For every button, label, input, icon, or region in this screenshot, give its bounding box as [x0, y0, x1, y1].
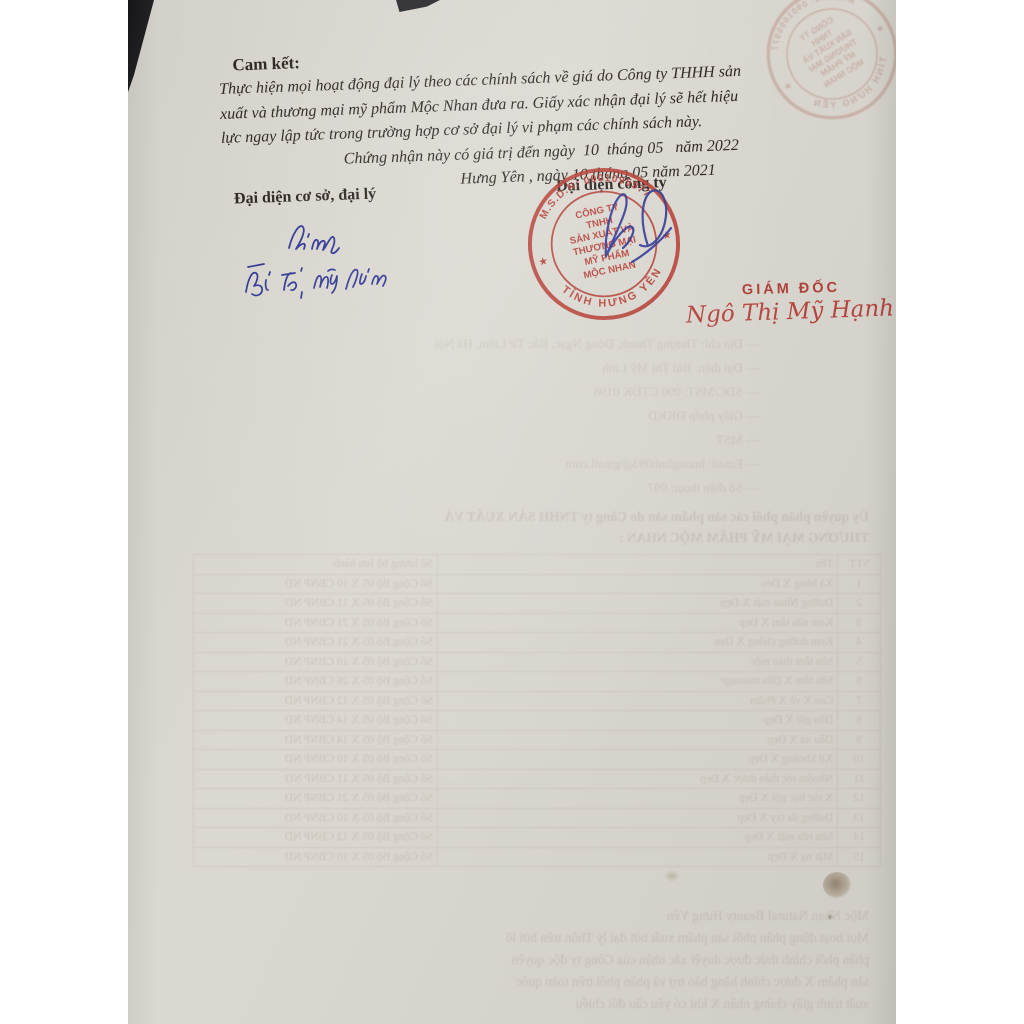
- bleed-table-cell: Sữa tắm X Dầu massage: [437, 672, 837, 692]
- bleed-intro-lines: Ủy quyền phân phối các sản phẩm sản do C…: [183, 506, 869, 548]
- bleed-table-cell: Nhuộm tóc thảo dược X Đẹp: [437, 769, 837, 789]
- bleed-intro-line: THƯƠNG MẠI MỸ PHẨM MỘC NHAN :: [183, 527, 869, 548]
- bleed-table-cell: 1: [838, 574, 881, 594]
- bleed-table-row: 14Sữa rửa mặt X ĐẹpSố Cộng Bộ 05 X 12 CB…: [194, 828, 881, 848]
- bleed-table: STTTênSố lượng bộ lưu hành1Xà bông X Dẻo…: [193, 554, 881, 867]
- backdrop-corner-top-left: [128, 0, 158, 96]
- director-signature: [576, 178, 701, 283]
- bleed-contact-line: — MST: [183, 428, 759, 452]
- bleed-table-cell: 3: [838, 613, 881, 633]
- bleed-table-cell: 10: [838, 750, 881, 770]
- bleed-table-cell: 6: [838, 672, 881, 692]
- bleed-contact-line: — Địa chỉ: Thượng Thanh, Đông Ngạc, Bắc …: [183, 332, 759, 356]
- bleed-table-cell: Số Cộng Bộ 05 X 21 CBNP ND: [194, 633, 438, 653]
- left-signatory-title: Đại diện cơ sở, đại lý: [234, 186, 377, 209]
- bleed-table-row: 10Xịt khoáng X ĐẹpSố Cộng Bộ 05 X 10 CBN…: [194, 750, 881, 770]
- bleed-bottom-line: xuất trình giấy chứng nhận X khi có yêu …: [183, 993, 869, 1015]
- document-photo: Cam kết: Thực hiện mọi hoạt động đại lý …: [128, 0, 896, 1024]
- bleed-table-cell: Dầu xả X Đẹp: [437, 730, 837, 750]
- director-name: Ngô Thị Mỹ Hạnh: [680, 295, 896, 329]
- bleed-table-cell: Số Cộng Bộ 05 X 10 CBNP ND: [194, 574, 438, 594]
- bleed-table-cell: 11: [838, 769, 881, 789]
- bleed-table-cell: Sữa rửa mặt X Đẹp: [437, 828, 837, 848]
- bleed-table-cell: Số Cộng Bộ 05 X 11 CBNP ND: [194, 769, 438, 789]
- bleed-table-cell: Số Cộng Bộ 05 X 12 CBNP ND: [194, 691, 438, 711]
- bleed-table-cell: 2: [838, 594, 881, 614]
- bleed-intro-line: Ủy quyền phân phối các sản phẩm sản do C…: [183, 506, 869, 527]
- bleed-table-row: 4Kem dưỡng chống X DạnSố Cộng Bộ 05 X 21…: [194, 633, 881, 653]
- bleed-table-row: 6Sữa tắm X Dầu massageSố Cộng Bộ 05 X 26…: [194, 672, 881, 692]
- stamp-star-left: ★: [537, 255, 549, 269]
- bleed-table-cell: Mặt nạ X Đẹp: [437, 847, 837, 867]
- bleed-table-cell: 5: [838, 652, 881, 672]
- bleed-table-cell: 4: [838, 633, 881, 653]
- bleed-table-row: 11Nhuộm tóc thảo dược X ĐẹpSố Cộng Bộ 05…: [194, 769, 881, 789]
- bleed-table-cell: Sữa tắm thảo mộc: [437, 652, 837, 672]
- bleed-table-cell: X tóc bạc gội X Đẹp: [437, 789, 837, 809]
- bleed-table-cell: Dưỡng Nhan mật X Đẹp: [437, 594, 837, 614]
- bleed-table-cell: 8: [838, 711, 881, 731]
- director-title: GIÁM ĐỐC: [716, 279, 866, 299]
- screenshot-frame: Cam kết: Thực hiện mọi hoạt động đại lý …: [0, 0, 1024, 1024]
- bleed-table-cell: 12: [838, 789, 881, 809]
- bleed-table-cell: 14: [838, 828, 881, 848]
- backdrop-notch-top-center: [396, 0, 440, 12]
- bleed-through-content: — Địa chỉ: Thượng Thanh, Đông Ngạc, Bắc …: [183, 332, 889, 1015]
- bleed-table-cell: STT: [838, 555, 881, 575]
- bleed-table-cell: Dầu gội X Đẹp: [437, 711, 837, 731]
- bleed-table-cell: 9: [838, 730, 881, 750]
- bleed-table-cell: Kem dưỡng chống X Dạn: [437, 633, 837, 653]
- bleed-table-row: 7Cao X về X PhẩmSố Cộng Bộ 05 X 12 CBNP …: [194, 691, 881, 711]
- bleed-table-cell: Số Cộng Bộ 05 X 12 CBNP ND: [194, 828, 438, 848]
- bleed-table-cell: Số Cộng Bộ 05 X 10 CBNP ND: [194, 808, 438, 828]
- bleed-table-row: 5Sữa tắm thảo mộcSố Cộng Bộ 05 X 10 CBNP…: [194, 652, 881, 672]
- bleed-table-cell: Số lượng bộ lưu hành: [194, 555, 438, 575]
- bleed-table-cell: 13: [838, 808, 881, 828]
- bleed-table-row: 13Dưỡng da tay X ĐẹpSố Cộng Bộ 05 X 10 C…: [194, 808, 881, 828]
- bleed-table-cell: Dưỡng da tay X Đẹp: [437, 808, 837, 828]
- bleed-bottom-line: Mọi hoạt động phân phối sản phẩm xuất bở…: [183, 927, 869, 949]
- handwritten-signature-full: [238, 256, 390, 304]
- bleed-table-cell: Số Cộng Bộ 05 X 21 CBNP ND: [194, 789, 438, 809]
- bleed-table-cell: Cao X về X Phẩm: [437, 691, 837, 711]
- bleed-table-cell: Số Cộng Bộ 05 X 26 CBNP ND: [194, 672, 438, 692]
- bleed-table-cell: Số Cộng Bộ 05 X 11 CBNP ND: [194, 594, 438, 614]
- bleed-table-row: 2Dưỡng Nhan mật X ĐẹpSố Cộng Bộ 05 X 11 …: [194, 594, 881, 614]
- bleed-table-cell: Số Cộng Bộ 05 X 14 CBNP ND: [194, 730, 438, 750]
- bleed-table-cell: 15: [838, 847, 881, 867]
- bleed-table-cell: Số Cộng Bộ 05 X 21 CBNP ND: [194, 613, 438, 633]
- bleed-contact-line: — Giấy phép ĐKKD: [183, 404, 759, 428]
- bleed-table-cell: Số Cộng Bộ 05 X 10 CBNP ND: [194, 750, 438, 770]
- bleed-table-row: 9Dầu xả X ĐẹpSố Cộng Bộ 05 X 14 CBNP ND: [194, 730, 881, 750]
- bleed-bottom-lines: Mộc Nhan Natural Beauty Hưng YênMọi hoạt…: [183, 905, 869, 1015]
- bleed-contact-line: — Email: huonglinh093@gmail.com: [183, 452, 759, 476]
- bleed-table-cell: Xịt khoáng X Đẹp: [437, 750, 837, 770]
- bleed-table-cell: Kem sữa tắm X Đẹp: [437, 613, 837, 633]
- bleed-table-cell: Tên: [437, 555, 837, 575]
- bleed-bottom-line: sản phẩm X được chính hãng bảo trợ và ph…: [183, 971, 869, 993]
- handwritten-signature-short: [283, 216, 349, 260]
- ghost-stamp-star-left: ★: [874, 22, 886, 35]
- bleed-table-cell: Xà bông X Dẻo: [437, 574, 837, 594]
- bleed-table-cell: Số Cộng Bộ 05 X 10 CBNP ND: [194, 652, 438, 672]
- bleed-table-row: 15Mặt nạ X ĐẹpSố Cộng Bộ 05 X 10 CBNP ND: [194, 847, 881, 867]
- bleed-contact-line: — Đại diện: Bùi Thị Mỹ Linh: [183, 356, 759, 380]
- bleed-table-row: 8Dầu gội X ĐẹpSố Cộng Bộ 05 X 14 CBNP ND: [194, 711, 881, 731]
- bleed-contact-line: — Số điện thoại: 097: [183, 476, 759, 500]
- bleed-contact-lines: — Địa chỉ: Thượng Thanh, Đông Ngạc, Bắc …: [183, 332, 759, 500]
- bleed-bottom-line: phân phối chính thức được duyệt xác nhận…: [183, 949, 869, 971]
- bleed-bottom-line: Mộc Nhan Natural Beauty Hưng Yên: [183, 905, 869, 927]
- bleed-table-cell: Số Cộng Bộ 05 X 14 CBNP ND: [194, 711, 438, 731]
- ghost-stamp-star-right: ★: [782, 80, 794, 93]
- bleed-table-row: STTTênSố lượng bộ lưu hành: [194, 555, 881, 575]
- bleed-table-row: 1Xà bông X DẻoSố Cộng Bộ 05 X 10 CBNP ND: [194, 574, 881, 594]
- bleed-table-cell: Số Cộng Bộ 05 X 10 CBNP ND: [194, 847, 438, 867]
- bleed-table-cell: 7: [838, 691, 881, 711]
- bleed-table-row: 12X tóc bạc gội X ĐẹpSố Cộng Bộ 05 X 21 …: [194, 789, 881, 809]
- bleed-table-row: 3Kem sữa tắm X ĐẹpSố Cộng Bộ 05 X 21 CBN…: [194, 613, 881, 633]
- bleed-contact-line: — SĐC/MST: 090 CTĐK 0198: [183, 380, 759, 404]
